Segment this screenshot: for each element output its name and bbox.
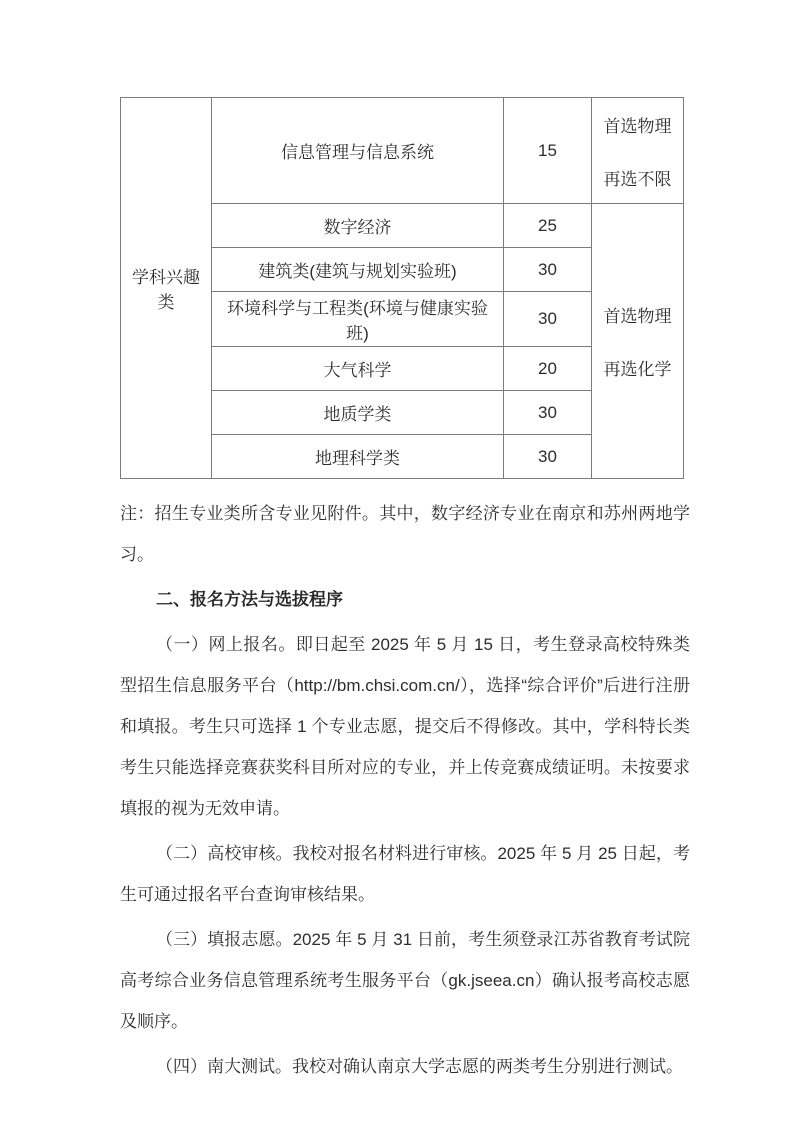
quota-cell: 30 — [504, 248, 592, 292]
program-cell: 信息管理与信息系统 — [212, 98, 504, 204]
quota-cell: 20 — [504, 347, 592, 391]
requirement-line: 再选不限 — [604, 165, 672, 190]
quota-cell: 30 — [504, 292, 592, 347]
quota-cell: 30 — [504, 391, 592, 435]
requirement-cell: 首选物理 再选化学 — [592, 204, 684, 479]
paragraph-university-review: （二）高校审核。我校对报名材料进行审核。2025 年 5 月 25 日起，考生可… — [120, 833, 690, 915]
requirement-line: 再选化学 — [604, 355, 672, 380]
quota-cell: 25 — [504, 204, 592, 248]
program-cell: 地理科学类 — [212, 435, 504, 479]
program-cell: 地质学类 — [212, 391, 504, 435]
paragraph-online-registration: （一）网上报名。即日起至 2025 年 5 月 15 日，考生登录高校特殊类型招… — [120, 624, 690, 829]
requirement-line: 首选物理 — [604, 112, 672, 137]
requirement-line: 首选物理 — [604, 302, 672, 327]
category-cell: 学科兴趣类 — [121, 98, 212, 479]
program-cell: 大气科学 — [212, 347, 504, 391]
table-footnote: 注：招生专业类所含专业见附件。其中，数字经济专业在南京和苏州两地学习。 — [120, 493, 690, 575]
program-cell: 建筑类(建筑与规划实验班) — [212, 248, 504, 292]
quota-cell: 15 — [504, 98, 592, 204]
quota-cell: 30 — [504, 435, 592, 479]
document-content: 学科兴趣类 信息管理与信息系统 15 首选物理 再选不限 数字经济 25 — [120, 97, 690, 1087]
program-cell: 环境科学与工程类(环境与健康实验班) — [212, 292, 504, 347]
document-page: 学科兴趣类 信息管理与信息系统 15 首选物理 再选不限 数字经济 25 — [0, 0, 800, 1131]
enrollment-plan-table: 学科兴趣类 信息管理与信息系统 15 首选物理 再选不限 数字经济 25 — [120, 97, 684, 479]
program-cell: 数字经济 — [212, 204, 504, 248]
section-heading: 二、报名方法与选拔程序 — [120, 579, 690, 620]
paragraph-nju-test: （四）南大测试。我校对确认南京大学志愿的两类考生分别进行测试。 — [120, 1046, 690, 1087]
requirement-cell: 首选物理 再选不限 — [592, 98, 684, 204]
paragraph-fill-preference: （三）填报志愿。2025 年 5 月 31 日前，考生须登录江苏省教育考试院高考… — [120, 919, 690, 1042]
table-row: 学科兴趣类 信息管理与信息系统 15 首选物理 再选不限 — [121, 98, 684, 204]
